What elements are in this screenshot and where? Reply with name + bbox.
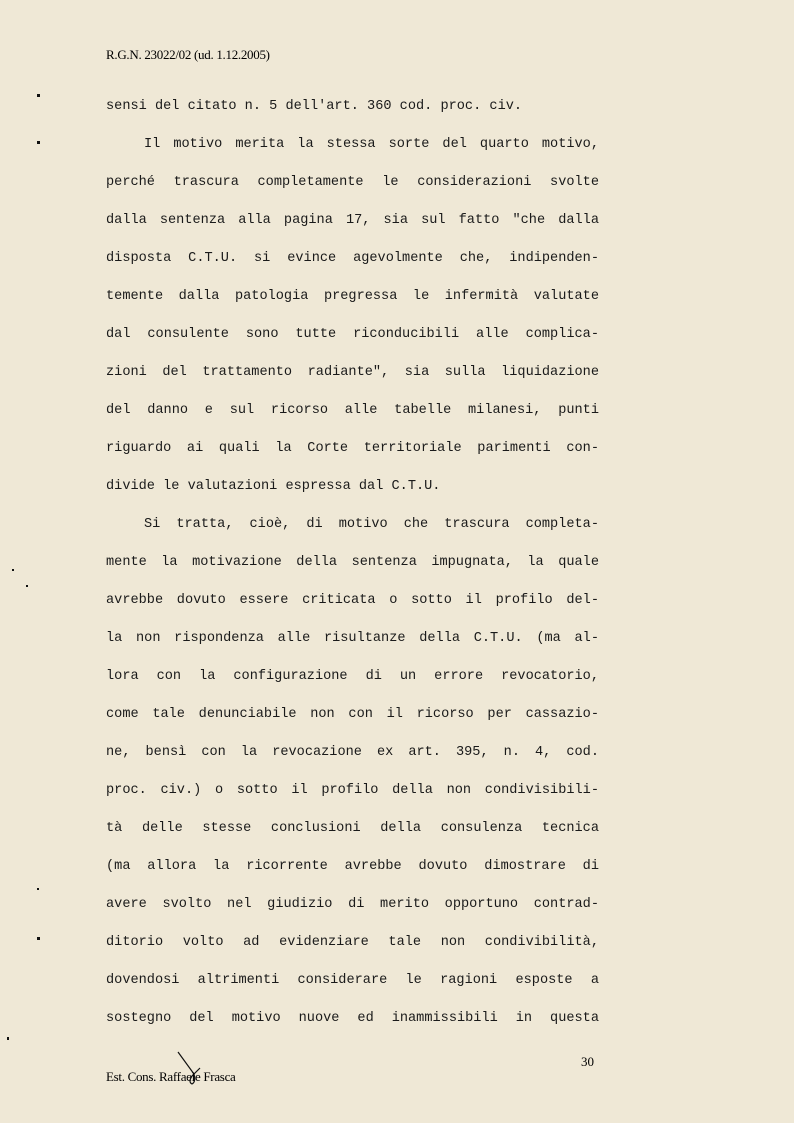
text-line: sensi del citato n. 5 dell'art. 360 cod.… [106,88,599,126]
margin-mark [12,569,14,571]
text-line: riguardo ai quali la Corte territoriale … [106,430,599,468]
margin-mark [37,141,40,144]
page-number: 30 [581,1054,594,1070]
text-line: dal consulente sono tutte riconducibili … [106,316,599,354]
text-line: (ma allora la ricorrente avrebbe dovuto … [106,848,599,886]
text-line: sostegno del motivo nuove ed inammissibi… [106,1000,599,1038]
margin-mark [37,94,40,97]
text-line: come tale denunciabile non con il ricors… [106,696,599,734]
text-line: lora con la configurazione di un errore … [106,658,599,696]
case-reference-header: R.G.N. 23022/02 (ud. 1.12.2005) [106,47,270,63]
text-line: la non rispondenza alle risultanze della… [106,620,599,658]
text-line: disposta C.T.U. si evince agevolmente ch… [106,240,599,278]
text-line: temente dalla patologia pregressa le inf… [106,278,599,316]
text-line: Il motivo merita la stessa sorte del qua… [106,126,599,164]
text-line: avere svolto nel giudizio di merito oppo… [106,886,599,924]
text-line: dalla sentenza alla pagina 17, sia sul f… [106,202,599,240]
text-line: ditorio volto ad evidenziare tale non co… [106,924,599,962]
text-line: proc. civ.) o sotto il profilo della non… [106,772,599,810]
text-line: zioni del trattamento radiante", sia sul… [106,354,599,392]
footer-signature: Est. Cons. Raffaele Frasca [106,1069,236,1085]
margin-mark [37,937,40,940]
text-line: avrebbe dovuto essere criticata o sotto … [106,582,599,620]
document-body: sensi del citato n. 5 dell'art. 360 cod.… [106,88,599,1038]
text-line: mente la motivazione della sentenza impu… [106,544,599,582]
text-line: Si tratta, cioè, di motivo che trascura … [106,506,599,544]
margin-mark [37,888,39,890]
text-line: divide le valutazioni espressa dal C.T.U… [106,468,599,506]
text-line: ne, bensì con la revocazione ex art. 395… [106,734,599,772]
margin-mark [7,1037,9,1040]
text-line: del danno e sul ricorso alle tabelle mil… [106,392,599,430]
margin-mark [26,585,28,587]
text-line: tà delle stesse conclusioni della consul… [106,810,599,848]
text-line: perché trascura completamente le conside… [106,164,599,202]
text-line: dovendosi altrimenti considerare le ragi… [106,962,599,1000]
